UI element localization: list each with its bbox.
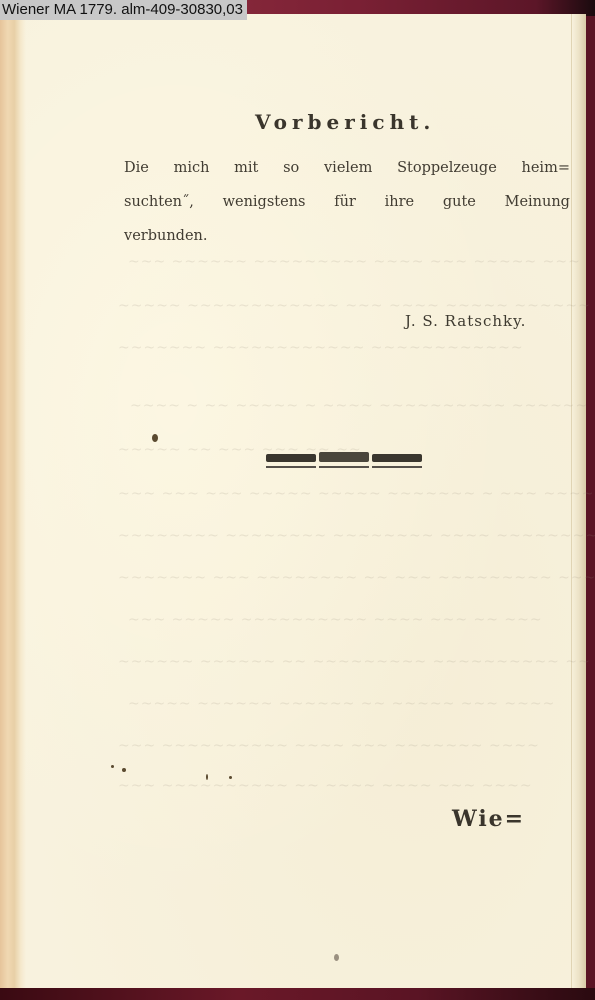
word: ihre: [385, 194, 415, 210]
book-binding-bottom: [0, 988, 595, 1000]
bleed-through-text: ~~~~~ ~~~~~~ ~~~~~~ ~~ ~~~~~ ~~~ ~~~~: [128, 696, 555, 712]
document-title-label: Wiener MA 1779. alm-409-30830,03: [0, 0, 247, 20]
word: wenigstens: [223, 194, 306, 210]
decorative-rule-ornament: [266, 450, 422, 476]
bleed-through-text: ~~~ ~~~ ~~~ ~~~~~ ~~~~~ ~~~~~~~ ~ ~~~ ~~…: [118, 486, 594, 502]
bleed-through-text: ~~~~~~~~ ~~~~~~~~ ~~~~~~~~ ~~~~ ~~~~~~~~…: [118, 528, 595, 544]
word: so: [283, 160, 299, 176]
word: heim=: [522, 160, 570, 176]
bleed-through-text: ~~~ ~~~~~~ ~~~~~~~~~ ~~~~ ~~~ ~~~~~ ~~~: [128, 254, 581, 270]
page-heading: Vorbericht.: [255, 110, 435, 134]
body-text-line: verbunden.: [124, 228, 570, 244]
ink-speck: [206, 774, 208, 780]
body-text-line: Die mich mit so vielem Stoppelzeuge heim…: [124, 160, 570, 176]
word: vielem: [324, 160, 372, 176]
author-signature: J. S. Ratschky.: [405, 312, 526, 330]
catchword: Wie=: [452, 806, 525, 832]
book-page: ~~~ ~~~~~~ ~~~~~~~~~ ~~~~ ~~~ ~~~~~ ~~~ …: [0, 14, 586, 989]
body-text-line: suchten˝, wenigstens für ihre gute Meinu…: [124, 194, 570, 210]
ink-speck: [111, 765, 114, 768]
document-viewer: ~~~ ~~~~~~ ~~~~~~~~~ ~~~~ ~~~ ~~~~~ ~~~ …: [0, 0, 595, 1000]
word: gute: [443, 194, 476, 210]
ink-speck: [152, 434, 158, 442]
ink-speck: [229, 776, 232, 779]
word: verbunden.: [124, 228, 207, 244]
bleed-through-text: ~~~~~~ ~~~~~~ ~~ ~~~~~~~~~ ~~~~~~~~~~ ~~: [118, 654, 591, 670]
bleed-through-text: ~~~~ ~ ~~ ~~~~~ ~ ~~~~ ~~~~~~~~~~ ~~~~~~: [130, 398, 588, 414]
bleed-through-text: ~~~ ~~~~~ ~~~~~~~~~~ ~~~~ ~~~ ~~ ~~~: [128, 612, 543, 628]
ink-speck: [122, 768, 126, 772]
bleed-through-text: ~~~~~~~ ~~~~~~~~~~~~ ~~~~~~~~~~~~: [118, 340, 524, 356]
bleed-through-text: ~~~ ~~~~~~~~~~ ~~~~ ~~~ ~~~~~~~ ~~~~: [118, 738, 540, 754]
page-gutter: [0, 14, 26, 989]
word: für: [334, 194, 356, 210]
word: Stoppelzeuge: [397, 160, 497, 176]
word: mich: [174, 160, 210, 176]
bleed-through-text: ~~~~~~~ ~~~ ~~~~~~~~ ~~ ~~~ ~~~~~~~~~ ~~…: [118, 570, 595, 586]
word: mit: [234, 160, 258, 176]
bleed-through-text: ~~~ ~~~~~~~~~~ ~~ ~~~~ ~~~~ ~~~ ~~~~: [118, 778, 533, 794]
ink-speck: [334, 954, 339, 961]
word: Meinung: [505, 194, 570, 210]
word: suchten˝,: [124, 194, 194, 210]
word: Die: [124, 160, 149, 176]
